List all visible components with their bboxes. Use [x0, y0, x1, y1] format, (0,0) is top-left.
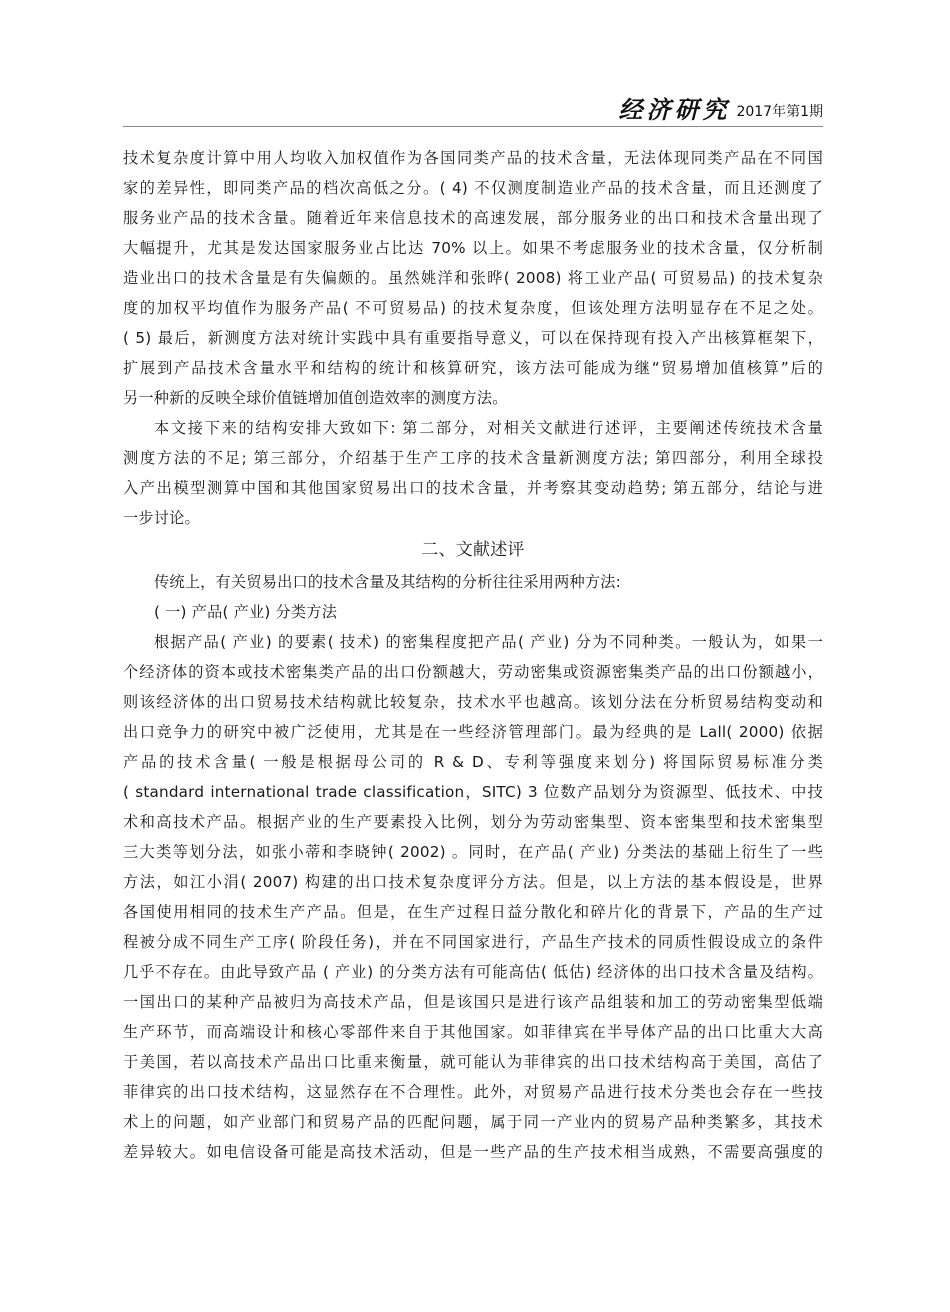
paragraph-classification: 根据产品( 产业) 的要素( 技术) 的密集程度把产品( 产业) 分为不同种类。…	[123, 627, 823, 1167]
paragraph-intro: 传统上，有关贸易出口的技术含量及其结构的分析往往采用两种方法:	[123, 567, 823, 597]
text-line: 测度方法的不足; 第三部分，介绍基于生产工序的技术含量新测度方法; 第四部分，利…	[123, 443, 823, 473]
text-line: 扩展到产品技术含量水平和结构的统计和核算研究，该方法可能成为继“贸易增加值核算”…	[123, 353, 823, 383]
paragraph-structure: 本文接下来的结构安排大致如下: 第二部分，对相关文献进行述评，主要阐述传统技术含…	[123, 413, 823, 533]
text-line: 三大类等划分法，如张小蒂和李晓钟( 2002) 。同时，在产品( 产业) 分类法…	[123, 837, 823, 867]
text-line: 根据产品( 产业) 的要素( 技术) 的密集程度把产品( 产业) 分为不同种类。…	[123, 627, 823, 657]
text-line: 出口竞争力的研究中被广泛使用，尤其是在一些经济管理部门。最为经典的是 Lall(…	[123, 717, 823, 747]
text-line: 大幅提升，尤其是发达国家服务业占比达 70% 以上。如果不考虑服务业的技术含量，…	[123, 233, 823, 263]
text-line: 另一种新的反映全球价值链增加值创造效率的测度方法。	[123, 383, 823, 413]
journal-logo: 经济研究	[618, 96, 730, 124]
text-line: 服务业产品的技术含量。随着近年来信息技术的高速发展，部分服务业的出口和技术含量出…	[123, 203, 823, 233]
text-line: 术和高技术产品。根据产业的生产要素投入比例，划分为劳动密集型、资本密集型和技术密…	[123, 807, 823, 837]
text-line: 菲律宾的出口技术结构，这显然存在不合理性。此外，对贸易产品进行技术分类也会存在一…	[123, 1077, 823, 1107]
body-text: 技术复杂度计算中用人均收入加权值作为各国同类产品的技术含量，无法体现同类产品在不…	[123, 143, 823, 1167]
running-header: 经济研究 2017年第1期	[123, 96, 823, 124]
text-line: ( 5) 最后，新测度方法对统计实践中具有重要指导意义，可以在保持现有投入产出核…	[123, 323, 823, 353]
text-line: ( standard international trade classific…	[123, 777, 823, 807]
text-line: 一国出口的某种产品被归为高技术产品，但是该国只是进行该产品组装和加工的劳动密集型…	[123, 987, 823, 1017]
text-line: 一步讨论。	[123, 503, 823, 533]
text-line: 差异较大。如电信设备可能是高技术活动，但是一些产品的生产技术相当成熟，不需要高强…	[123, 1137, 823, 1167]
text-line: 各国使用相同的技术生产产品。但是，在生产过程日益分散化和碎片化的背景下，产品的生…	[123, 897, 823, 927]
text-line: 方法，如江小涓( 2007) 构建的出口技术复杂度评分方法。但是，以上方法的基本…	[123, 867, 823, 897]
text-line: 几乎不存在。由此导致产品 ( 产业) 的分类方法有可能高估( 低估) 经济体的出…	[123, 957, 823, 987]
text-line: 技术复杂度计算中用人均收入加权值作为各国同类产品的技术含量，无法体现同类产品在不…	[123, 143, 823, 173]
text-line: 本文接下来的结构安排大致如下: 第二部分，对相关文献进行述评，主要阐述传统技术含…	[123, 413, 823, 443]
text-line: 于美国，若以高技术产品出口比重来衡量，就可能认为菲律宾的出口技术结构高于美国，高…	[123, 1047, 823, 1077]
text-line: 造业出口的技术含量是有失偏颇的。虽然姚洋和张晔( 2008) 将工业产品( 可贸…	[123, 263, 823, 293]
paragraph-continued: 技术复杂度计算中用人均收入加权值作为各国同类产品的技术含量，无法体现同类产品在不…	[123, 143, 823, 413]
text-line: 个经济体的资本或技术密集类产品的出口份额越大，劳动密集或资源密集类产品的出口份额…	[123, 657, 823, 687]
document-page: 经济研究 2017年第1期 技术复杂度计算中用人均收入加权值作为各国同类产品的技…	[0, 0, 950, 1312]
text-line: 则该经济体的出口贸易技术结构就比较复杂，技术水平也越高。该划分法在分析贸易结构变…	[123, 687, 823, 717]
subsection-heading: ( 一) 产品( 产业) 分类方法	[123, 597, 823, 627]
text-line: 度的加权平均值作为服务产品( 不可贸易品) 的技术复杂度，但该处理方法明显存在不…	[123, 293, 823, 323]
text-line: 入产出模型测算中国和其他国家贸易出口的技术含量，并考察其变动趋势; 第五部分，结…	[123, 473, 823, 503]
text-line: 家的差异性，即同类产品的档次高低之分。( 4) 不仅测度制造业产品的技术含量，而…	[123, 173, 823, 203]
text-line: 程被分成不同生产工序( 阶段任务)，并在不同国家进行，产品生产技术的同质性假设成…	[123, 927, 823, 957]
issue-label: 2017年第1期	[736, 102, 823, 124]
section-heading: 二、文献述评	[123, 533, 823, 567]
text-line: 产品的技术含量( 一般是根据母公司的 R & D、专利等强度来划分) 将国际贸易…	[123, 747, 823, 777]
text-line: 生产环节，而高端设计和核心零部件来自于其他国家。如菲律宾在半导体产品的出口比重大…	[123, 1017, 823, 1047]
header-rule	[123, 126, 823, 127]
text-line: 术上的问题，如产业部门和贸易产品的匹配问题，属于同一产业内的贸易产品种类繁多，其…	[123, 1107, 823, 1137]
